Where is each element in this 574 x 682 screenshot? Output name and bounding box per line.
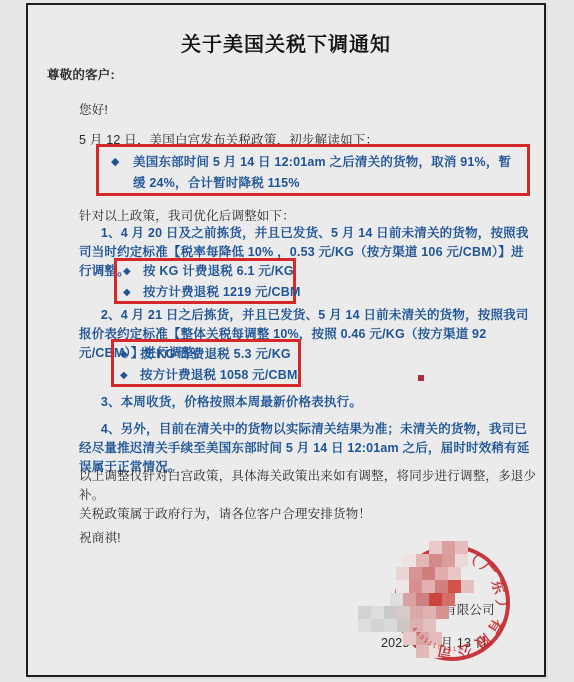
- highlight-text: 美国东部时间 5 月 14 日 12:01am 之后清关的货物，取消 91%，暂…: [133, 152, 519, 194]
- screenshot-root: { "page": { "title": "关于美国关税下调通知", "salu…: [0, 0, 574, 682]
- red-dot-mark: [418, 375, 424, 381]
- point-3: 3、本周收货，价格按照本周最新价格表执行。: [79, 393, 531, 412]
- refund-box-2: ◆ 按 KG 计费退税 5.3 元/KG ◆ 按方计费退税 1058 元/CBM: [111, 339, 301, 387]
- document-date: 2025 年 5 月 13 日: [381, 634, 488, 653]
- refund-cbm-rate: 按方计费退税 1058 元/CBM: [140, 366, 298, 385]
- salutation: 尊敬的客户:: [47, 66, 115, 85]
- refund-kg-rate: 按 KG 计费退税 5.3 元/KG: [140, 345, 291, 364]
- closing-adjustment-note: 以上调整仅针对白宫政策，具体海关政策出来如有调整，将同步进行调整，多退少补。: [79, 467, 539, 505]
- refund-box-1: ◆ 按 KG 计费退税 6.1 元/KG ◆ 按方计费退税 1219 元/CBM: [114, 258, 296, 304]
- refund-cbm-rate: 按方计费退税 1219 元/CBM: [143, 283, 301, 302]
- document-page: 关于美国关税下调通知 尊敬的客户: 您好! 5 月 12 日，美国白宫发布关税政…: [26, 3, 546, 677]
- diamond-bullet-icon: ◆: [123, 262, 143, 281]
- refund-kg-rate: 按 KG 计费退税 6.1 元/KG: [143, 262, 294, 281]
- closing-government-note: 关税政策属于政府行为，请各位客户合理安排货物！: [79, 505, 539, 524]
- highlight-box-tariff: ◆ 美国东部时间 5 月 14 日 12:01am 之后清关的货物，取消 91%…: [96, 144, 530, 196]
- company-name-suffix: 有限公司: [444, 601, 495, 620]
- page-title: 关于美国关税下调通知: [28, 28, 544, 57]
- diamond-bullet-icon: ◆: [120, 366, 140, 385]
- closing-wishes: 祝商祺!: [79, 529, 121, 548]
- diamond-bullet-icon: ◆: [120, 345, 140, 364]
- diamond-bullet-icon: ◆: [123, 283, 143, 302]
- diamond-bullet-icon: ◆: [111, 152, 133, 194]
- greeting: 您好!: [79, 101, 108, 120]
